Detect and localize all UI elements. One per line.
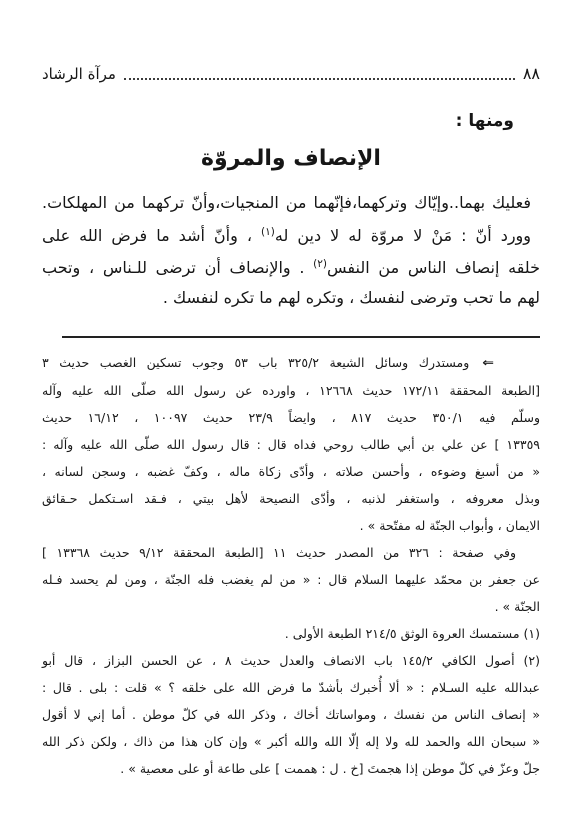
dotted-leader	[124, 77, 515, 80]
intro-label: ومنها :	[42, 108, 540, 134]
footnote-line: « إنصاف الناس من نفسك ، ومواساتك أخاك ، …	[42, 701, 540, 728]
footnote-line-text: ومستدرك وسائل الشيعة ٣٢٥/٢ باب ٥٣ وجوب ت…	[42, 355, 469, 370]
footnote-line: « من أسبغ وضوءه ، وأحسن صلاته ، وأدّى زك…	[42, 458, 540, 485]
footnote-line: [الطبعة المحققة ١٧٢/١١ حديث ١٢٦٦٨ ، واور…	[42, 377, 540, 404]
footnote-line: عبدالله عليه السـلام : « ألا أُخبرك بأشد…	[42, 674, 540, 701]
footnote-line: الايمان ، وأبواب الجنّة له مفتّحة » .	[42, 512, 540, 539]
body-line-text: ، وأنّ أشد ما فرض الله على	[42, 226, 261, 245]
body-text: فعليك بهما..وإيّاك وتركهما،فإنّهما من ال…	[42, 188, 540, 312]
section-title: الإنصاف والمروّة	[42, 142, 540, 176]
footnote-line: وفي صفحة : ٣٢٦ من المصدر حديث ١١ [الطبعة…	[42, 539, 540, 566]
footnote-line: وبذل معروفه ، واستغفر لذنبه ، وأدّى النص…	[42, 485, 540, 512]
body-line-text: . والإنصاف أن ترضى للـناس ، وتحب	[42, 258, 313, 277]
footnote-line: (٢) أصول الكافي ١٤٥/٢ باب الانصاف والعدل…	[42, 647, 540, 674]
body-line-text: وورد أنّ : مَنْ لا مروّة له لا دين له	[275, 226, 531, 245]
body-line: فعليك بهما..وإيّاك وتركهما،فإنّهما من ال…	[42, 188, 540, 218]
body-line-text: خلقه إنصاف الناس من النفس	[327, 258, 540, 277]
footnote-line: « سبحان الله والحمد لله ولا إله إلّا الل…	[42, 728, 540, 755]
footnote-separator	[62, 336, 540, 338]
running-title: مرآة الرشاد	[42, 62, 116, 86]
footnote-line: عن جعفر بن محمّد عليهما السلام قال : « م…	[42, 566, 540, 593]
footnote-continuation-arrow-icon: ⇐	[482, 352, 494, 375]
footnote-ref-2: (٢)	[313, 258, 327, 270]
footnote-ref-1: (١)	[261, 226, 275, 238]
footnote-line: ١٣٣٥٩ ] عن علي بن أبي طالب روحي فداه قال…	[42, 431, 540, 458]
body-line: خلقه إنصاف الناس من النفس(٢) . والإنصاف …	[42, 250, 540, 283]
body-line: وورد أنّ : مَنْ لا مروّة له لا دين له(١)…	[42, 218, 540, 251]
body-line: لهم ما تحب وترضى لنفسك ، وتكره لهم ما تك…	[42, 283, 540, 313]
book-page: مرآة الرشاد ٨٨ ومنها : الإنصاف والمروّة …	[0, 0, 572, 830]
footnote-line: (١) مستمسك العروة الوثق ٢١٤/٥ الطبعة الأ…	[42, 620, 540, 647]
footnote-line: وسلّم فيه ٣٥٠/١ حديث ٨١٧ ، وايضاً ٢٣/٩ ح…	[42, 404, 540, 431]
footnote-line: جلّ وعزّ في كلّ موطن إذا هجمتَ [خ . ل : …	[42, 755, 540, 782]
footnotes: ⇐ومستدرك وسائل الشيعة ٣٢٥/٢ باب ٥٣ وجوب …	[42, 349, 540, 782]
footnote-line: الجنّة » .	[42, 593, 540, 620]
page-number: ٨٨	[523, 62, 540, 86]
page-header: مرآة الرشاد ٨٨	[42, 62, 540, 86]
footnote-line: ⇐ومستدرك وسائل الشيعة ٣٢٥/٢ باب ٥٣ وجوب …	[42, 349, 540, 377]
